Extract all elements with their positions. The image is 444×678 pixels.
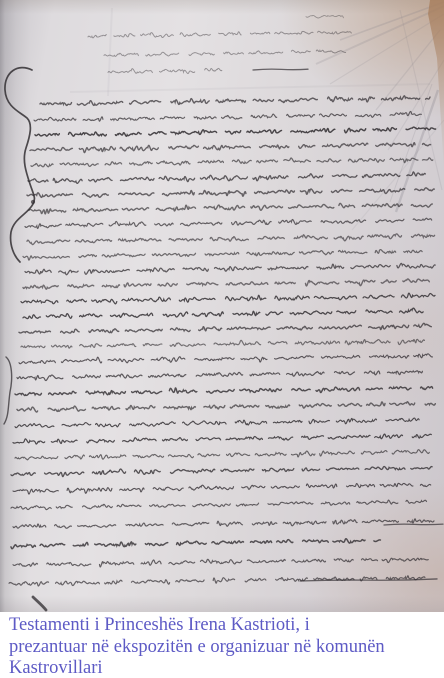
caption-line: prezantuar në ekspozitën e organizuar në… xyxy=(9,637,444,659)
photo-caption: Testamenti i Princeshës Irena Kastrioti,… xyxy=(0,612,444,678)
caption-line: Kastrovillari xyxy=(9,658,444,678)
manuscript-rendering xyxy=(0,0,444,612)
article-figure: Testamenti i Princeshës Irena Kastrioti,… xyxy=(0,0,444,678)
caption-line: Testamenti i Princeshës Irena Kastrioti,… xyxy=(9,615,444,637)
manuscript-photo xyxy=(0,0,444,612)
